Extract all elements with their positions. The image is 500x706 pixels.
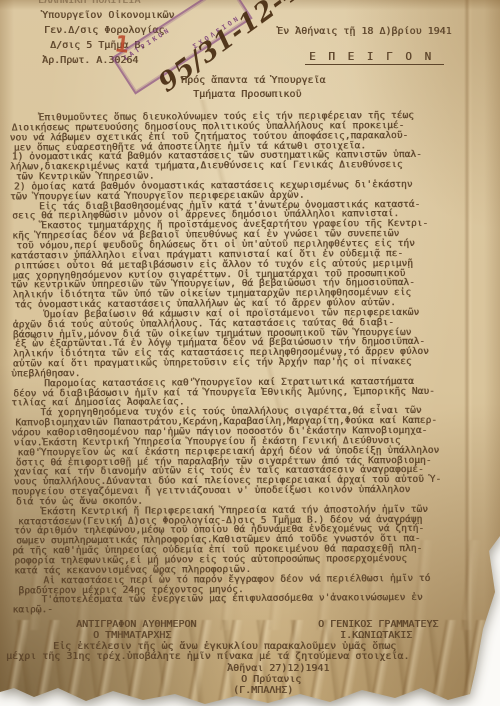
document-paper: ΕΛΛΗΝΙΚΗ ΠΟΛΙΤΕΙΑ Ὑπουργεῖον Οἰκονομικῶν…	[0, 0, 500, 706]
general-secretary-signature-title: Ο ΓΕΝΙΚΟΣ ΓΡΑΜΜΑΤΕΥΣ	[318, 619, 438, 630]
body-text: Ἐπιθυμοῦντες ὅπως διευκολύνωμεν τούς εἰς…	[11, 111, 492, 616]
scanned-document-photo: ΕΛΛΗΝΙΚΗ ΠΟΛΙΤΕΙΑ Ὑπουργεῖον Οἰκονομικῶν…	[0, 0, 500, 706]
paper-shadow: ΕΛΛΗΝΙΚΗ ΠΟΛΙΤΕΙΑ Ὑπουργεῖον Οἰκονομικῶν…	[0, 0, 500, 706]
date-line: Ἐν Ἀθήναις τῇ 18 Δ)βρίου 1941	[277, 26, 452, 37]
letterhead-ministry: Ὑπουργεῖον Οἰκονομικῶν	[42, 10, 174, 21]
addressee-line: Πρός ἅπαντα τά Ὑπουργεῖα	[181, 75, 326, 86]
addressee-subline: Τμήματα Προσωπικοῦ	[193, 89, 301, 100]
urgent-label: Ε Π Ε Ι Γ Ο Ν	[305, 50, 444, 65]
letterhead-state: ΕΛΛΗΝΙΚΗ ΠΟΛΙΤΕΙΑ	[38, 0, 140, 6]
body-line: καιρῷ.-	[12, 603, 490, 616]
rector-name: (Γ.ΜΠΑΛΗΣ)	[233, 685, 293, 696]
rector-signature-title: Ο Πρύτανις	[241, 674, 301, 685]
postscript-line: μέχρι τῆς 31ης τρέχ.ὑποβάλητε ἡμῖν πίνακ…	[6, 651, 409, 662]
section-chief-signature-title: Ο ΤΜΗΜΑΤΑΡΧΗΣ	[93, 630, 171, 641]
general-secretary-name: Ι.ΚΩΝΙΩΤΑΚΙΣ	[340, 630, 412, 641]
copy-note: ΑΝΤΙΓΡΑΦΟΝ ΑΥΘΗΜΕΡΟΝ	[76, 619, 196, 630]
postscript-date: Ἀθῆναι 27)12)1941	[227, 663, 329, 674]
